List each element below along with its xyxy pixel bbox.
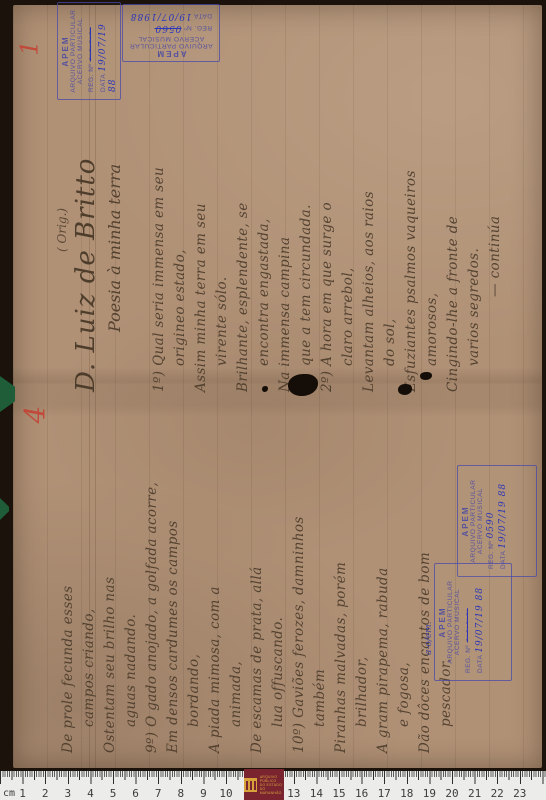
stamp-reg-value: ~~~~ xyxy=(86,27,96,61)
handwritten-line: Dão dôces encantos de bom xyxy=(415,433,436,753)
handwritten-line: De prole fecunda esses xyxy=(58,433,79,753)
stamp-line: ARQUIVO PARTICULAR xyxy=(127,42,215,49)
archive-stamp-top-center: APEM ARQUIVO PARTICULAR ACERVO MUSICAL R… xyxy=(122,4,220,62)
ruler-number: 14 xyxy=(310,787,323,800)
archive-logo-text-line: DO ESTADO xyxy=(260,783,284,787)
ruler-number: 22 xyxy=(491,787,504,800)
ruler-number: 6 xyxy=(132,787,139,800)
handwritten-line: Poesia à minha terra xyxy=(105,62,129,392)
ruler-number: 20 xyxy=(445,787,458,800)
stamp-date-value: 19/07/1988 xyxy=(130,11,192,21)
handwritten-line: encontra engastada, xyxy=(254,62,275,392)
handwritten-line: Piranhas malvadas, porém xyxy=(331,433,352,753)
stamp-line: ACERVO MUSICAL xyxy=(477,470,484,572)
stamp-reg-value: 0560 xyxy=(155,23,182,33)
handwritten-line: 2º) A hora em que surge o xyxy=(317,62,338,392)
ruler-number: 23 xyxy=(513,787,526,800)
stamp-reg-value: ~~~~ xyxy=(463,608,473,642)
handwritten-line: amorosos, xyxy=(422,62,443,392)
ruler-number: 3 xyxy=(64,787,71,800)
stamp-line: ARQUIVO PARTICULAR xyxy=(70,7,77,95)
handwritten-line: — continúa xyxy=(485,62,506,392)
ruler-number: 17 xyxy=(378,787,391,800)
handwriting-page1: ( Orig.)D. Luiz de BrittoPoesia à minha … xyxy=(55,62,506,392)
stamp-date-label: DATA xyxy=(477,655,484,673)
archive-stamp-top-left: APEM ARQUIVO PARTICULAR ACERVO MUSICAL R… xyxy=(57,2,121,100)
red-page-number-4: 4 xyxy=(18,406,51,424)
building-icon xyxy=(244,778,257,792)
blue-side-note: a-o/em. xyxy=(424,621,434,655)
handwritten-line: Na immensa campina xyxy=(275,62,296,392)
stamp-reg-label: REG. Nº xyxy=(88,64,95,92)
handwritten-line: Esfuziantes psalmos vaqueiros xyxy=(401,62,422,392)
ruler-number: 9 xyxy=(200,787,207,800)
handwritten-line: também xyxy=(310,433,331,753)
ruler-number: 13 xyxy=(287,787,300,800)
stamp-line: ARQUIVO PARTICULAR xyxy=(447,568,454,676)
stamp-acronym: APEM xyxy=(461,470,470,572)
handwritten-line: animada, xyxy=(226,433,247,753)
handwritten-line: A piada mimosa, com a xyxy=(205,433,226,753)
handwritten-line: A gram pirapema, rabuda xyxy=(373,433,394,753)
stamp-acronym: APEM xyxy=(127,49,215,58)
archive-logo-text-line: DO MARANHÃO xyxy=(260,787,284,795)
stamp-reg-label: REG. Nº xyxy=(184,24,212,31)
handwritten-line: lua offuscando. xyxy=(268,433,289,753)
stamp-reg-value: 0590 xyxy=(486,512,496,539)
stamp-date-label: DATA xyxy=(100,74,107,92)
handwritten-line: ( Orig.) xyxy=(55,62,71,392)
archive-logo-badge: ARQUIVOPÚBLICODO ESTADODO MARANHÃO xyxy=(244,769,284,800)
handwritten-line: claro arrebol, xyxy=(338,62,359,392)
handwritten-line: Cingindo-lhe a fronte de xyxy=(443,62,464,392)
stamp-date-value: 19/07/19 88 xyxy=(498,483,508,549)
stamp-reg-label: REG. Nº xyxy=(465,645,472,673)
stamp-line: ACERVO MUSICAL xyxy=(127,35,215,42)
handwritten-line: 9º) O gado anojado, a golfada acorre, xyxy=(142,433,163,753)
ruler-number: 10 xyxy=(219,787,232,800)
handwritten-line: Levantam alheios, aos raios xyxy=(359,62,380,392)
ruler-number: 16 xyxy=(355,787,368,800)
handwritten-line: campos criando, xyxy=(79,433,100,753)
stamp-line: ACERVO MUSICAL xyxy=(454,568,461,676)
handwritten-line: origineo estado, xyxy=(170,62,191,392)
handwritten-line: bordando, xyxy=(184,433,205,753)
ruler-number: 7 xyxy=(155,787,162,800)
ruler-number: 2 xyxy=(42,787,49,800)
handwritten-line: aguas nadando. xyxy=(121,433,142,753)
ruler-number: 5 xyxy=(110,787,117,800)
handwritten-line: D. Luiz de Britto xyxy=(71,62,105,392)
handwritten-line: Em densos cardumes os campos xyxy=(163,433,184,753)
handwritten-line: e fogosa, xyxy=(394,433,415,753)
ruler-number: 18 xyxy=(400,787,413,800)
ruler-number: 1 xyxy=(19,787,26,800)
ruler-number: 21 xyxy=(468,787,481,800)
green-edge-marker xyxy=(0,498,9,520)
handwritten-line xyxy=(129,62,149,392)
handwritten-line: varios segredos. xyxy=(464,62,485,392)
stamp-line: ACERVO MUSICAL xyxy=(77,7,84,95)
red-page-number-1: 1 xyxy=(16,40,44,55)
archive-logo-text: ARQUIVOPÚBLICODO ESTADODO MARANHÃO xyxy=(260,775,284,795)
handwritten-line: Brilhante, esplendente, se xyxy=(233,62,254,392)
handwritten-line: do sol, xyxy=(380,62,401,392)
handwritten-line: Assim minha terra em seu xyxy=(191,62,212,392)
handwritten-line: que a tem circundada. xyxy=(296,62,317,392)
stamp-acronym: APEM xyxy=(61,7,70,95)
document-scan: ( Orig.)D. Luiz de BrittoPoesia à minha … xyxy=(0,0,546,800)
ruler-number: 8 xyxy=(177,787,184,800)
handwritten-line: 1º) Qual seria immensa em seu xyxy=(149,62,170,392)
handwritten-line: 10º) Gaviões ferozes, damninhos xyxy=(289,433,310,753)
handwritten-line: De escamas de prata, allá xyxy=(247,433,268,753)
archive-stamp-bottom-lower: APEM ARQUIVO PARTICULAR ACERVO MUSICAL R… xyxy=(434,563,512,681)
stamp-line: ARQUIVO PARTICULAR xyxy=(470,470,477,572)
ruler-number: 19 xyxy=(423,787,436,800)
handwriting-page4: De prole fecunda essescampos criando,Ost… xyxy=(58,433,457,753)
ruler-number: 4 xyxy=(87,787,94,800)
stamp-acronym: APEM xyxy=(438,568,447,676)
handwritten-line: brilhador, xyxy=(352,433,373,753)
handwritten-line: virente sólo. xyxy=(212,62,233,392)
archive-stamp-bottom-upper: APEM ARQUIVO PARTICULAR ACERVO MUSICAL R… xyxy=(457,465,537,577)
ruler-unit-label: cm xyxy=(3,788,15,799)
handwritten-line: Ostentam seu brilho nas xyxy=(100,433,121,753)
ruler-number: 15 xyxy=(332,787,345,800)
stamp-date-label: DATA xyxy=(194,12,212,19)
stamp-date-value: 19/07/19 88 xyxy=(475,587,485,653)
